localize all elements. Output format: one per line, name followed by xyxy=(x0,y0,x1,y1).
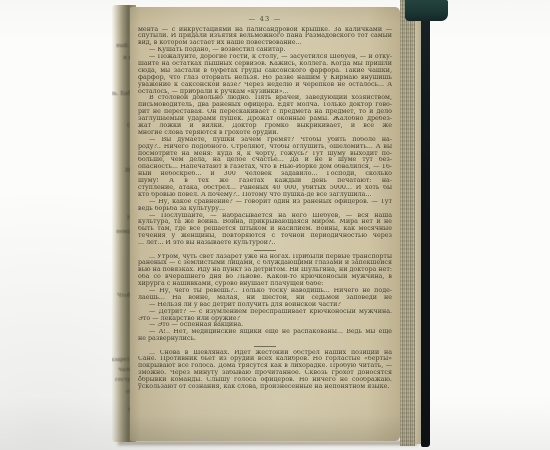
text-line: — Детрит? — с изумлением переспрашивает … xyxy=(138,309,392,316)
book-page: — 43 — мента — с инкрустациями на палиса… xyxy=(130,7,400,441)
text-line: кто бровью повел. А почему?.. Потому что… xyxy=(138,192,392,199)
text-line: лаешь... На войне, малая, ни шестой, ни … xyxy=(138,295,392,302)
text-line: жат ложки и вилки. Доктор громко выкрики… xyxy=(138,123,392,130)
text-line: фарфор, что глаз оторвать нельзя. Но раз… xyxy=(138,75,392,82)
text-line: опасность... Напечатают в газетах, что в… xyxy=(138,164,392,171)
text-line: течения у женщины, повторяются с точной … xyxy=(138,233,392,240)
paragraph-block: ... Снова в Шевлянах. Идет жестокий обст… xyxy=(138,350,392,391)
text-line: — А!.. Нет, медицинские ящики еще не рас… xyxy=(138,329,392,336)
text-line: спутыли. И придали изъятия вельможного п… xyxy=(138,33,392,40)
text-line: ведь борьба за культуру... xyxy=(138,206,392,213)
paragraph-block: мента — с инкрустациями на палисандровой… xyxy=(138,27,392,248)
book-cover-edge xyxy=(421,0,430,447)
text-line: ... Снова в Шевлянах. Идет жестокий обст… xyxy=(138,350,392,357)
text-line: ступление, атака, обстрел... Раненых 40 … xyxy=(138,185,392,192)
text-line: ... лет... И это вы называете культурой?… xyxy=(138,240,392,247)
text-line: — Это — оспенная вакцина. xyxy=(138,322,392,329)
text-line: обрывки команды. Слышу голоса офицеров. … xyxy=(138,377,392,384)
text-line: вид, в котором застает их наше повествов… xyxy=(138,40,392,47)
page-number: — 43 — xyxy=(138,15,392,23)
book-cover-corner xyxy=(405,0,448,21)
section-separator xyxy=(254,346,276,347)
text-line: ный небоскреб... и 300 человек задавило.… xyxy=(138,171,392,178)
text-line: письмоводитель, два раненых офицера. Едя… xyxy=(138,102,392,109)
text-line: больше, чем дела, на целое счастье... Да… xyxy=(138,157,392,164)
text-line: сюда, мы застали в буфетах груды саксонс… xyxy=(138,68,392,75)
text-line: — Послушайте, — набрасывается на него Ше… xyxy=(138,213,392,220)
text-line: — Ну, чего ты ревешь?.. Только тоску нав… xyxy=(138,288,392,295)
text-line: хирурга с нашивками, сурово внушает плач… xyxy=(138,281,392,288)
text-line: мента — с инкрустациями на палисандровой… xyxy=(138,27,392,34)
text-line: раненых — с землистыми лицами, с блуждаю… xyxy=(138,260,392,267)
text-line: рит не переставая. Он перескакивает с пр… xyxy=(138,109,392,116)
text-line: оба со вчерашнего дня во Львове. Какой-т… xyxy=(138,274,392,281)
text-line: — Ну, какое сравнение? — говорит один из… xyxy=(138,199,392,206)
text-line: вью на повязках. Иду на пункт за детрито… xyxy=(138,267,392,274)
section-separator xyxy=(254,250,276,251)
text-line: роду?.. Ничего подобного. Стреляют, чтоб… xyxy=(138,144,392,151)
text-line: шуму! А в тех же газетах каждый день печ… xyxy=(138,178,392,185)
text-line: ускользают от сознания, как слова, произ… xyxy=(138,384,392,391)
text-line: посмотрите на меня: куда я, к чорту, гож… xyxy=(138,151,392,158)
text-line: — Пожалуйте, дорогие гости, к столу, — з… xyxy=(138,54,392,61)
text-line: покрывают все голоса. Дома трясутся как … xyxy=(138,363,392,370)
text-line: — Кушать подано, — возвестил санитар. xyxy=(138,47,392,54)
text-line: ... Утром, чуть свет лазарет уже на нога… xyxy=(138,254,392,261)
book-photo: ный. Еи въаль. БабыОндроНанемцыЧтобылаза… xyxy=(0,0,550,450)
text-line: В столовой довольно людно. Пять врачей, … xyxy=(138,95,392,102)
text-line: шайте на остатках пышных сервизов. Кажис… xyxy=(138,61,392,68)
text-line: Это — лекарство или оружие? xyxy=(138,316,392,323)
paragraph-block: ... Утром, чуть свет лазарет уже на нога… xyxy=(138,254,392,344)
text-line: — Вы думаете, пушки зачем гремят? Чтобы … xyxy=(138,137,392,144)
text-line: многие слова теряются в грохоте орудий. xyxy=(138,130,392,137)
text-line: уважение к саксонской вазе? Через неделю… xyxy=(138,82,392,89)
text-line: быть там, где все решается штыком и наси… xyxy=(138,226,392,233)
text-line: — Нельзя ли у вас детрит получить для во… xyxy=(138,302,392,309)
text-line: зможно. Через минуту забываю прочитанное… xyxy=(138,370,392,377)
text-line: заглушаемый ударами пушек. Дрожат оконны… xyxy=(138,116,392,123)
page-fore-edge xyxy=(400,0,415,446)
text-line: Сане. Противник бьет из орудий всех кали… xyxy=(138,356,392,363)
book-shadow xyxy=(118,441,418,445)
text-line: не развернулись. xyxy=(138,336,392,343)
page-text: мента — с инкрустациями на палисандровой… xyxy=(138,27,392,391)
text-line: культура, та же война. Война, прикрывающ… xyxy=(138,219,392,226)
page-content: — 43 — мента — с инкрустациями на палиса… xyxy=(138,15,392,441)
text-line: осталось, — прибрали к ручкам «кузинки».… xyxy=(138,89,392,96)
